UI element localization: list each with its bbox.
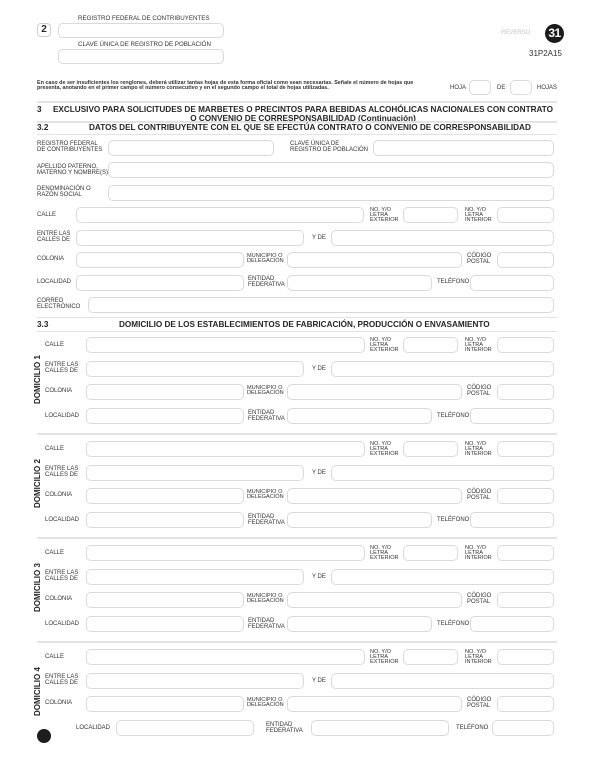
calle-label: CALLE: [45, 654, 64, 660]
colonia-label: COLONIA: [37, 256, 64, 262]
colonia-input[interactable]: [86, 384, 244, 400]
localidad-label: LOCALIDAD: [45, 621, 79, 627]
municipio-input[interactable]: [287, 696, 462, 712]
colonia-input[interactable]: [86, 488, 244, 504]
colonia-input[interactable]: [86, 696, 244, 712]
entidad-label: ENTIDAD FEDERATIVA: [248, 618, 285, 631]
divider: [37, 317, 557, 318]
entre-calles-label: ENTRE LAS CALLES DE: [45, 674, 78, 687]
telefono-label: TELÉFONO: [437, 279, 469, 285]
hoja-input[interactable]: [469, 80, 491, 95]
entre-calles-input[interactable]: [86, 673, 304, 689]
razon-social-input[interactable]: [108, 185, 554, 201]
page-number: 2: [37, 23, 51, 37]
telefono-label: TELÉFONO: [437, 413, 469, 419]
entre-calles-input[interactable]: [86, 361, 304, 377]
calle-input[interactable]: [86, 545, 365, 561]
no-interior-input[interactable]: [497, 441, 554, 457]
curp-header-label: CLAVE ÚNICA DE REGISTRO DE POBLACIÓN: [78, 41, 211, 48]
no-exterior-input[interactable]: [403, 207, 458, 223]
y-de-label: Y DE: [312, 470, 326, 476]
entidad-input[interactable]: [287, 512, 432, 528]
codigo-postal-input[interactable]: [497, 592, 554, 608]
colonia-label: COLONIA: [45, 492, 72, 498]
entidad-input[interactable]: [311, 720, 449, 736]
no-exterior-label: NO. Y/O LETRA EXTERIOR: [370, 546, 399, 561]
no-interior-input[interactable]: [497, 207, 554, 223]
curp-header-input[interactable]: [58, 49, 224, 64]
nombre-input[interactable]: [108, 162, 554, 178]
codigo-postal-label: CÓDIGO POSTAL: [467, 697, 491, 710]
telefono-label: TELÉFONO: [456, 725, 488, 731]
no-interior-input[interactable]: [497, 545, 554, 561]
localidad-input[interactable]: [76, 275, 244, 291]
hojas-label: HOJAS: [537, 85, 557, 91]
telefono-input[interactable]: [470, 275, 554, 291]
calle-input[interactable]: [76, 207, 364, 223]
domicilio-label: DOMICILIO 2: [33, 459, 42, 508]
entre-calles-input[interactable]: [86, 569, 304, 585]
municipio-label: MUNICIPIO O DELEGACIÓN: [247, 386, 284, 396]
municipio-input[interactable]: [287, 384, 462, 400]
telefono-input[interactable]: [470, 616, 554, 632]
y-de-label: Y DE: [312, 574, 326, 580]
codigo-postal-input[interactable]: [497, 488, 554, 504]
codigo-postal-label: CÓDIGO POSTAL: [467, 489, 491, 502]
telefono-label: TELÉFONO: [437, 517, 469, 523]
total-hojas-input[interactable]: [510, 80, 532, 95]
section-3-3-title: DOMICILIO DE LOS ESTABLECIMIENTOS DE FAB…: [119, 320, 490, 329]
municipio-label: MUNICIPIO O DELEGACIÓN: [247, 490, 284, 500]
section-3-number: 3: [37, 105, 42, 114]
no-interior-input[interactable]: [497, 649, 554, 665]
razon-social-label: DENOMINACIÓN O RAZÓN SOCIAL: [37, 186, 91, 199]
divider: [37, 331, 557, 332]
municipio-label: MUNICIPIO O DELEGACIÓN: [247, 698, 284, 708]
telefono-input[interactable]: [470, 408, 554, 424]
reverso-label: REVERSO: [501, 30, 530, 36]
entidad-input[interactable]: [287, 275, 432, 291]
localidad-label: LOCALIDAD: [45, 517, 79, 523]
rfc-label: REGISTRO FEDERAL DE CONTRIBUYENTES: [37, 141, 102, 154]
colonia-input[interactable]: [86, 592, 244, 608]
correo-input[interactable]: [88, 297, 554, 313]
calle-input[interactable]: [86, 337, 365, 353]
colonia-input[interactable]: [76, 252, 244, 268]
colonia-label: COLONIA: [45, 700, 72, 706]
no-exterior-label: NO. Y/O LETRA EXTERIOR: [370, 208, 399, 223]
no-exterior-label: NO. Y/O LETRA EXTERIOR: [370, 442, 399, 457]
domicilio-label: DOMICILIO 1: [33, 355, 42, 404]
entre-calles-input[interactable]: [86, 465, 304, 481]
entidad-label: ENTIDAD FEDERATIVA: [266, 722, 303, 735]
codigo-postal-input[interactable]: [497, 252, 554, 268]
registration-mark: [37, 729, 51, 743]
localidad-input[interactable]: [86, 512, 244, 528]
section-3-3-number: 3.3: [37, 320, 48, 329]
codigo-postal-label: CÓDIGO POSTAL: [467, 593, 491, 606]
no-exterior-input[interactable]: [403, 545, 458, 561]
rfc-header-input[interactable]: [58, 23, 224, 38]
entidad-input[interactable]: [287, 616, 432, 632]
telefono-input[interactable]: [492, 720, 554, 736]
localidad-label: LOCALIDAD: [76, 725, 110, 731]
y-de-input[interactable]: [331, 569, 554, 585]
form-number-badge: 31: [545, 24, 564, 43]
localidad-input[interactable]: [116, 720, 254, 736]
municipio-input[interactable]: [287, 592, 462, 608]
codigo-postal-label: CÓDIGO POSTAL: [467, 385, 491, 398]
y-de-input[interactable]: [331, 230, 554, 246]
y-de-label: Y DE: [312, 235, 326, 241]
divider: [37, 537, 557, 539]
localidad-label: LOCALIDAD: [45, 413, 79, 419]
y-de-label: Y DE: [312, 678, 326, 684]
codigo-postal-input[interactable]: [497, 384, 554, 400]
divider: [37, 433, 557, 435]
no-interior-label: NO. Y/O LETRA INTERIOR: [465, 338, 492, 353]
calle-input[interactable]: [86, 441, 365, 457]
no-interior-label: NO. Y/O LETRA INTERIOR: [465, 546, 492, 561]
localidad-input[interactable]: [86, 616, 244, 632]
rfc-header-label: REGISTRO FEDERAL DE CONTRIBUYENTES: [78, 15, 209, 22]
municipio-label: MUNICIPIO O DELEGACIÓN: [247, 594, 284, 604]
section-3-2-number: 3.2: [37, 123, 48, 132]
no-interior-label: NO. Y/O LETRA INTERIOR: [465, 208, 492, 223]
calle-label: CALLE: [45, 342, 64, 348]
municipio-label: MUNICIPIO O DELEGACIÓN: [247, 254, 284, 264]
no-exterior-input[interactable]: [403, 649, 458, 665]
rfc-input[interactable]: [108, 140, 274, 156]
y-de-input[interactable]: [331, 465, 554, 481]
domicilio-label: DOMICILIO 4: [33, 667, 42, 716]
curp-input[interactable]: [373, 140, 554, 156]
y-de-label: Y DE: [312, 366, 326, 372]
localidad-input[interactable]: [86, 408, 244, 424]
instructions-text: En caso de ser insuficientes los renglon…: [37, 81, 417, 92]
entre-calles-input[interactable]: [76, 230, 304, 246]
entidad-label: ENTIDAD FEDERATIVA: [248, 276, 285, 289]
colonia-label: COLONIA: [45, 596, 72, 602]
localidad-label: LOCALIDAD: [37, 279, 71, 285]
telefono-input[interactable]: [470, 512, 554, 528]
nombre-label: APELLIDO PATERNO, MATERNO Y NOMBRE(S): [37, 164, 108, 177]
codigo-postal-input[interactable]: [497, 696, 554, 712]
section-3-2-title: DATOS DEL CONTRIBUYENTE CON EL QUE SE EF…: [89, 123, 531, 132]
entre-calles-label: ENTRE LAS CALLES DE: [37, 231, 70, 244]
entre-calles-label: ENTRE LAS CALLES DE: [45, 570, 78, 583]
domicilio-label: DOMICILIO 3: [33, 563, 42, 612]
calle-label: CALLE: [45, 446, 64, 452]
calle-label: CALLE: [37, 212, 56, 218]
municipio-input[interactable]: [287, 252, 462, 268]
colonia-label: COLONIA: [45, 388, 72, 394]
divider: [37, 101, 557, 103]
calle-label: CALLE: [45, 550, 64, 556]
entre-calles-label: ENTRE LAS CALLES DE: [45, 466, 78, 479]
y-de-input[interactable]: [331, 361, 554, 377]
correo-label: CORREO ELECTRÓNICO: [37, 298, 80, 311]
entidad-label: ENTIDAD FEDERATIVA: [248, 410, 285, 423]
curp-label: CLAVE ÚNICA DE REGISTRO DE POBLACIÓN: [290, 141, 368, 154]
no-interior-label: NO. Y/O LETRA INTERIOR: [465, 650, 492, 665]
y-de-input[interactable]: [331, 673, 554, 689]
divider: [37, 641, 557, 643]
calle-input[interactable]: [86, 649, 365, 665]
no-exterior-label: NO. Y/O LETRA EXTERIOR: [370, 338, 399, 353]
entre-calles-label: ENTRE LAS CALLES DE: [45, 362, 78, 375]
no-interior-input[interactable]: [497, 337, 554, 353]
de-label: DE: [497, 85, 505, 91]
divider: [37, 134, 557, 135]
no-exterior-input[interactable]: [403, 441, 458, 457]
no-exterior-input[interactable]: [403, 337, 458, 353]
codigo-postal-label: CÓDIGO POSTAL: [467, 253, 491, 266]
hoja-label: HOJA: [450, 85, 466, 91]
entidad-input[interactable]: [287, 408, 432, 424]
no-exterior-label: NO. Y/O LETRA EXTERIOR: [370, 650, 399, 665]
telefono-label: TELÉFONO: [437, 621, 469, 627]
form-code: 31P2A15: [529, 49, 562, 58]
municipio-input[interactable]: [287, 488, 462, 504]
no-interior-label: NO. Y/O LETRA INTERIOR: [465, 442, 492, 457]
entidad-label: ENTIDAD FEDERATIVA: [248, 514, 285, 527]
